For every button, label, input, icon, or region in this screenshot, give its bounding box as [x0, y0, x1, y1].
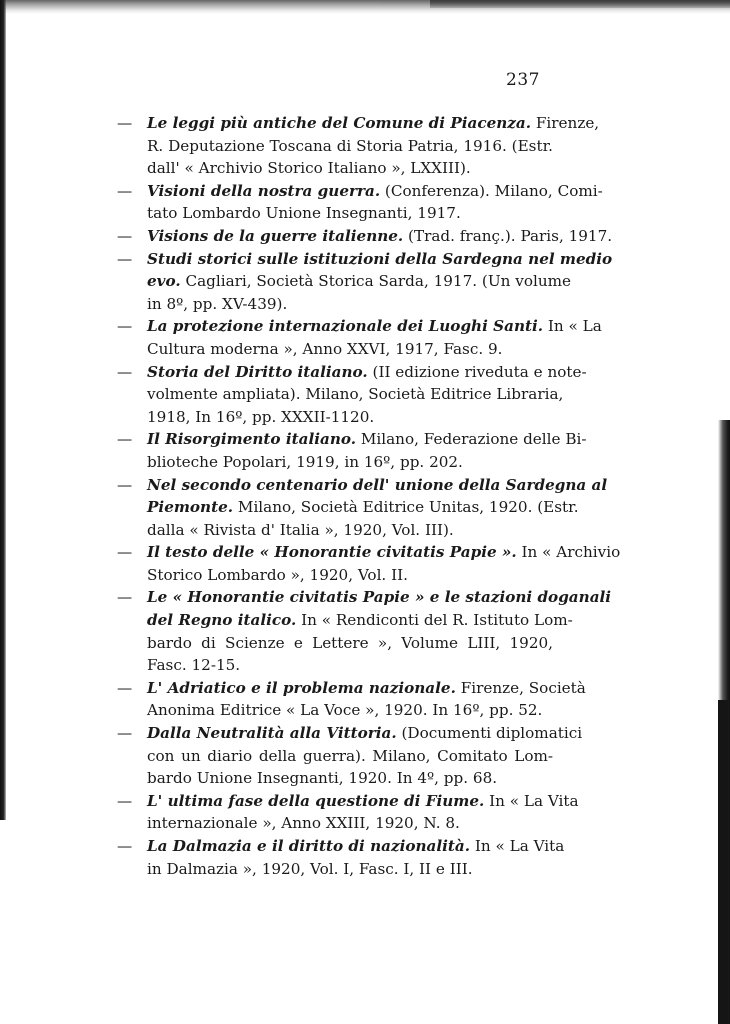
- entry-dash: —: [117, 541, 132, 564]
- entry-title: Dalla Neutralità alla Vittoria.: [147, 724, 397, 742]
- entry-text: (Conferenza). Milano, Comi-: [380, 182, 603, 200]
- entry-title: Il testo delle « Honorantie civitatis Pa…: [147, 543, 517, 561]
- entry-dash: —: [117, 835, 132, 858]
- bibliography-entry: — Visions de la guerre italienne. (Trad.…: [117, 225, 553, 248]
- bibliography-entry: — Storia del Diritto italiano. (II edizi…: [117, 361, 553, 429]
- entry-dash: —: [117, 474, 132, 497]
- bibliography-entry: — Studi storici sulle istituzioni della …: [117, 248, 553, 316]
- entry-text: In « La: [543, 317, 602, 335]
- entry-text: (Documenti diplomatici: [397, 724, 582, 742]
- entry-text: dalla « Rivista d' Italia », 1920, Vol. …: [147, 519, 553, 542]
- bibliography-list: — Le leggi più antiche del Comune di Pia…: [117, 112, 553, 880]
- entry-dash: —: [117, 722, 132, 745]
- entry-title-continued: del Regno italico.: [147, 611, 296, 629]
- entry-dash: —: [117, 248, 132, 271]
- entry-text: volmente ampliata). Milano, Società Edit…: [147, 383, 553, 406]
- entry-title: Visions de la guerre italienne.: [147, 227, 403, 245]
- entry-title: Il Risorgimento italiano.: [147, 430, 356, 448]
- bibliography-entry: — Dalla Neutralità alla Vittoria. (Docum…: [117, 722, 553, 790]
- entry-text: Firenze,: [531, 114, 599, 132]
- entry-text: tato Lombardo Unione Insegnanti, 1917.: [147, 202, 553, 225]
- entry-text: bardo Unione Insegnanti, 1920. In 4º, pp…: [147, 767, 553, 790]
- entry-text: blioteche Popolari, 1919, in 16º, pp. 20…: [147, 451, 553, 474]
- bibliography-entry: — La protezione internazionale dei Luogh…: [117, 315, 553, 360]
- entry-text: Storico Lombardo », 1920, Vol. II.: [147, 564, 553, 587]
- entry-text: In « Archivio: [517, 543, 621, 561]
- entry-title-continued: Piemonte.: [147, 498, 233, 516]
- entry-dash: —: [117, 677, 132, 700]
- entry-text: con un diario della guerra). Milano, Com…: [147, 745, 553, 768]
- scan-top-edge: [0, 0, 730, 14]
- bibliography-entry: — Visioni della nostra guerra. (Conferen…: [117, 180, 553, 225]
- entry-text: in 8º, pp. XV-439).: [147, 293, 553, 316]
- entry-dash: —: [117, 180, 132, 203]
- entry-text: R. Deputazione Toscana di Storia Patria,…: [147, 135, 553, 158]
- entry-dash: —: [117, 790, 132, 813]
- entry-title: La protezione internazionale dei Luoghi …: [147, 317, 543, 335]
- entry-dash: —: [117, 225, 132, 248]
- entry-text: bardo di Scienze e Lettere », Volume LII…: [147, 632, 553, 655]
- entry-text: Fasc. 12-15.: [147, 654, 553, 677]
- entry-text: In « Rendiconti del R. Istituto Lom-: [296, 611, 573, 629]
- bibliography-entry: — Le « Honorantie civitatis Papie » e le…: [117, 586, 553, 676]
- entry-dash: —: [117, 315, 132, 338]
- bibliography-entry: — Le leggi più antiche del Comune di Pia…: [117, 112, 553, 180]
- entry-dash: —: [117, 586, 132, 609]
- entry-title: Nel secondo centenario dell' unione dell…: [147, 476, 607, 494]
- entry-title: Storia del Diritto italiano.: [147, 363, 368, 381]
- entry-dash: —: [117, 361, 132, 384]
- entry-text: Anonima Editrice « La Voce », 1920. In 1…: [147, 699, 553, 722]
- entry-text: In « La Vita: [470, 837, 564, 855]
- entry-text: Milano, Società Editrice Unitas, 1920. (…: [233, 498, 579, 516]
- entry-text: Firenze, Società: [456, 679, 586, 697]
- entry-text: Cultura moderna », Anno XXVI, 1917, Fasc…: [147, 338, 553, 361]
- bibliography-entry: — L' Adriatico e il problema nazionale. …: [117, 677, 553, 722]
- bibliography-entry: — Il testo delle « Honorantie civitatis …: [117, 541, 553, 586]
- entry-title-continued: evo.: [147, 272, 181, 290]
- entry-text: 1918, In 16º, pp. XXXII-1120.: [147, 406, 553, 429]
- entry-dash: —: [117, 112, 132, 135]
- entry-text: dall' « Archivio Storico Italiano », LXX…: [147, 157, 553, 180]
- scan-left-edge: [0, 0, 6, 820]
- bibliography-entry: — Nel secondo centenario dell' unione de…: [117, 474, 553, 542]
- bibliography-entry: — L' ultima fase della questione di Fium…: [117, 790, 553, 835]
- entry-title: La Dalmazia e il diritto di nazionalità.: [147, 837, 470, 855]
- entry-title: Le leggi più antiche del Comune di Piace…: [147, 114, 531, 132]
- entry-text: Cagliari, Società Storica Sarda, 1917. (…: [181, 272, 571, 290]
- entry-title: L' ultima fase della questione di Fiume.: [147, 792, 484, 810]
- bibliography-entry: — La Dalmazia e il diritto di nazionalit…: [117, 835, 553, 880]
- scan-right-edge-lower: [718, 700, 728, 1024]
- entry-text: (II edizione riveduta e note-: [368, 363, 587, 381]
- entry-title: Le « Honorantie civitatis Papie » e le s…: [147, 588, 611, 606]
- page-number: 237: [506, 70, 540, 90]
- entry-text: (Trad. franç.). Paris, 1917.: [403, 227, 612, 245]
- entry-text: internazionale », Anno XXIII, 1920, N. 8…: [147, 812, 553, 835]
- entry-dash: —: [117, 428, 132, 451]
- entry-title: Visioni della nostra guerra.: [147, 182, 380, 200]
- entry-text: In « La Vita: [484, 792, 578, 810]
- entry-title: Studi storici sulle istituzioni della Sa…: [147, 250, 612, 268]
- bibliography-entry: — Il Risorgimento italiano. Milano, Fede…: [117, 428, 553, 473]
- entry-text: in Dalmazia », 1920, Vol. I, Fasc. I, II…: [147, 858, 553, 881]
- entry-text: Milano, Federazione delle Bi-: [356, 430, 586, 448]
- entry-title: L' Adriatico e il problema nazionale.: [147, 679, 456, 697]
